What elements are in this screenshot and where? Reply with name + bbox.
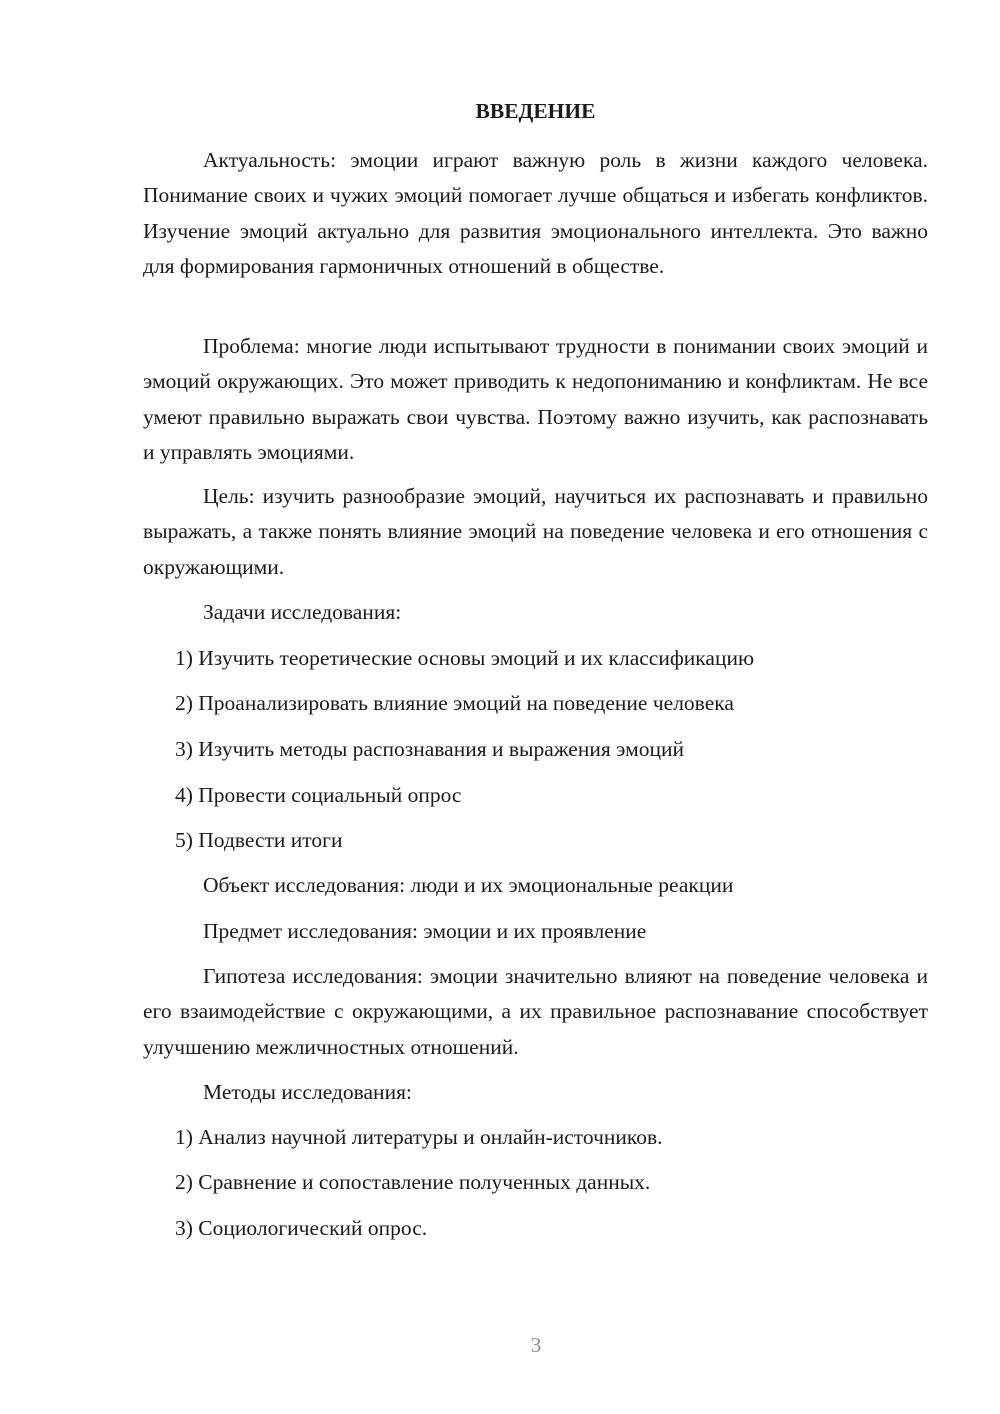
paragraph-hypothesis: Гипотеза исследования: эмоции значительн… — [143, 959, 928, 1065]
task-item: 5) Подвести итоги — [175, 825, 343, 855]
task-item: 1) Изучить теоретические основы эмоций и… — [175, 643, 754, 673]
paragraph-goal: Цель: изучить разнообразие эмоций, научи… — [143, 479, 928, 585]
research-object: Объект исследования: люди и их эмоционал… — [203, 870, 733, 900]
document-page: ВВЕДЕНИЕ Актуальность: эмоции играют важ… — [0, 0, 1000, 1414]
task-item: 4) Провести социальный опрос — [175, 780, 461, 810]
task-item: 3) Изучить методы распознавания и выраже… — [175, 734, 684, 764]
research-subject: Предмет исследования: эмоции и их проявл… — [203, 916, 646, 946]
paragraph-relevance: Актуальность: эмоции играют важную роль … — [143, 143, 928, 284]
page-number: 3 — [0, 1333, 1000, 1358]
method-item: 3) Социологический опрос. — [175, 1213, 427, 1243]
section-title: ВВЕДЕНИЕ — [143, 96, 928, 126]
methods-heading: Методы исследования: — [203, 1077, 412, 1107]
task-item: 2) Проанализировать влияние эмоций на по… — [175, 688, 734, 718]
paragraph-problem: Проблема: многие люди испытывают труднос… — [143, 329, 928, 470]
tasks-heading: Задачи исследования: — [203, 597, 401, 627]
method-item: 1) Анализ научной литературы и онлайн-ис… — [175, 1122, 663, 1152]
method-item: 2) Сравнение и сопоставление полученных … — [175, 1167, 650, 1197]
